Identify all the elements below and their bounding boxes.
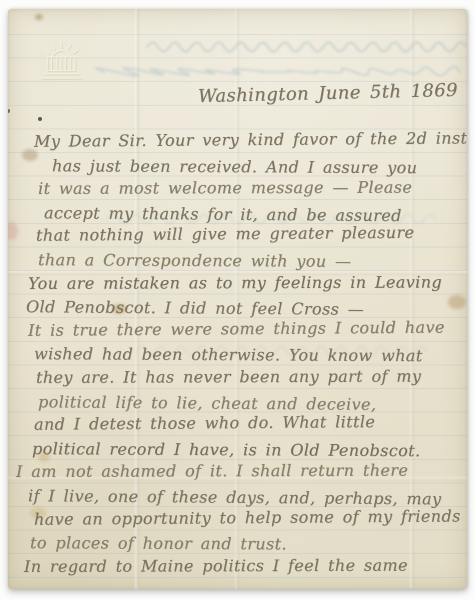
letter-body: My Dear Sir. Your very kind favor of the… — [8, 130, 467, 578]
letter-line: and I detest those who do. What little — [8, 410, 467, 437]
ink-speck — [38, 117, 42, 121]
letter-page: Washington June 5th 1869 My Dear Sir. Yo… — [8, 9, 467, 589]
letter-line: You are mistaken as to my feelings in Le… — [8, 270, 467, 295]
ink-bleed-through — [138, 35, 467, 55]
ink-speck — [8, 109, 10, 113]
letter-line: they are. It has never been any part of … — [8, 364, 467, 389]
letter-line: In regard to Maine politics I feel the s… — [8, 553, 467, 578]
letter-line: that nothing will give me greater pleasu… — [8, 221, 467, 248]
letter-line: It is true there were some things I coul… — [8, 315, 467, 342]
letter-line: My Dear Sir. Your very kind favor of the… — [8, 126, 467, 153]
stain — [35, 14, 43, 20]
embossed-seal-icon — [30, 35, 94, 89]
letter-line: have an opportunity to help some of my f… — [8, 504, 467, 531]
letter-line: it was a most welcome message — Please — [8, 176, 467, 201]
scanned-letter: Washington June 5th 1869 My Dear Sir. Yo… — [0, 0, 475, 600]
letter-line: I am not ashamed of it. I shall return t… — [8, 459, 467, 484]
ink-bleed-through — [66, 59, 462, 79]
